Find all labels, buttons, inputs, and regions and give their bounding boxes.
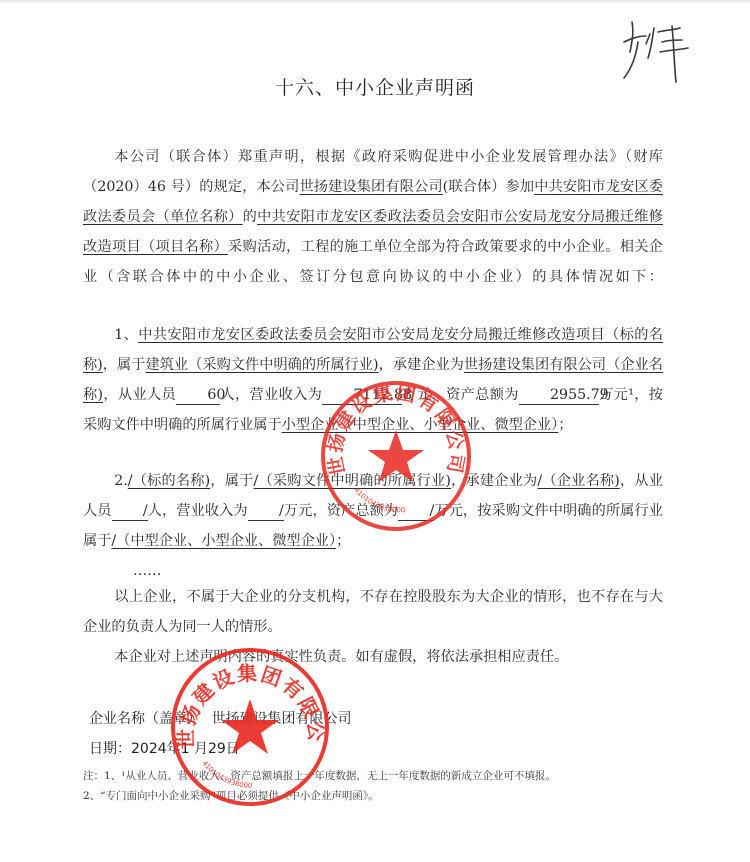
item-1-label: 人，营业收入为 bbox=[220, 387, 322, 403]
item-1-label: ，从业人员 bbox=[103, 387, 176, 403]
item-1-industry: 建筑业（采购文件中明确的所属行业) bbox=[145, 357, 378, 373]
footnote-1: 注：1、¹从业人员、营业收入、资产总额填报上一年度数据，无上一年度数据的新成立企… bbox=[83, 766, 556, 786]
company-name: 世扬建设集团有限公司 bbox=[211, 711, 351, 727]
item-2-label: ，属于 bbox=[210, 473, 253, 489]
declaration-body: 本公司（联合体）郑重声明，根据《政府采购促进中小企业发展管理办法》（财库（202… bbox=[83, 142, 663, 292]
item-1-label: 万元，资产总额为 bbox=[402, 387, 519, 403]
item-1-paragraph: 1、中共安阳市龙安区委政法委员会安阳市公安局龙安分局搬迁维修改造项目（标的名称)… bbox=[83, 320, 663, 440]
item-2: 2./（标的名称)，属于/（采购文件中明确的所属行业)，承建企业为/（企业名称)… bbox=[83, 466, 663, 586]
item-2-industry: /（采购文件中明确的所属行业) bbox=[254, 473, 451, 489]
item-1: 1、中共安阳市龙安区委政法委员会安阳市公安局龙安分局搬迁维修改造项目（标的名称)… bbox=[83, 320, 663, 440]
item-1-revenue: 7112.88 bbox=[322, 386, 402, 405]
item-2-end: ； bbox=[336, 533, 350, 549]
company-label: 企业名称（盖章） bbox=[89, 711, 201, 727]
item-1-size: 小型企业（中型企业、小型企业、微型企业） bbox=[282, 417, 559, 433]
item-2-revenue: / bbox=[248, 502, 284, 521]
item-2-contractor: /（企业名称) bbox=[537, 473, 619, 489]
intro-text-c: (联合体）参加 bbox=[443, 179, 535, 195]
purchaser-suffix: （单位名称） bbox=[156, 209, 243, 225]
intro-paragraph: 本公司（联合体）郑重声明，根据《政府采购促进中小企业发展管理办法》（财库（202… bbox=[83, 142, 663, 292]
item-2-bid-name: /（标的名称) bbox=[128, 473, 210, 489]
item-2-assets: / bbox=[398, 502, 434, 521]
item-1-end: ； bbox=[558, 417, 572, 433]
date-value: 2024年1 月29日 bbox=[131, 741, 240, 757]
statements: 以上企业，不属于大企业的分支机构，不存在控股股东为大企业的情形，也不存在与大企业… bbox=[83, 582, 663, 672]
item-1-staff: 60 bbox=[176, 386, 220, 405]
date-line: 日期：2024年1 月29日 bbox=[89, 738, 240, 758]
date-label: 日期： bbox=[89, 741, 131, 757]
item-2-paragraph: 2./（标的名称)，属于/（采购文件中明确的所属行业)，承建企业为/（企业名称)… bbox=[83, 466, 663, 556]
item-2-label: 万元，资产总额为 bbox=[284, 503, 398, 519]
item-2-number: 2. bbox=[114, 473, 128, 489]
item-1-label: ，属于 bbox=[103, 357, 146, 373]
viewer-top-edge bbox=[0, 0, 750, 4]
company-name-field: 世扬建设集团有限公司 bbox=[299, 179, 442, 195]
intro-text-d: 的 bbox=[243, 209, 258, 225]
item-1-assets: 2955.79 bbox=[519, 386, 599, 405]
item-2-staff: / bbox=[112, 502, 148, 521]
intro-text-a: 本公司（联合体）郑重声明，根据《政府采购促进中小企业发展管理办法》（财 bbox=[114, 149, 649, 165]
document-title: 十六、中小企业声明函 bbox=[0, 73, 750, 100]
footnotes: 注：1、¹从业人员、营业收入、资产总额填报上一年度数据，无上一年度数据的新成立企… bbox=[83, 766, 556, 806]
item-1-number: 1、 bbox=[114, 327, 138, 343]
item-2-label: 人，营业收入为 bbox=[148, 503, 248, 519]
statement-responsibility: 本企业对上述声明内容的真实性负责。如有虚假，将依法承担相应责任。 bbox=[83, 642, 663, 672]
footnote-2: 2、“专门面向中小企业采购”项目必须提供《中小企业声明函》。 bbox=[83, 786, 556, 806]
item-2-size: /（中型企业、小型企业、微型企业） bbox=[111, 533, 336, 549]
item-1-label: ，承建企业为 bbox=[379, 357, 464, 373]
statement-independence: 以上企业，不属于大企业的分支机构，不存在控股股东为大企业的情形，也不存在与大企业… bbox=[83, 582, 663, 642]
item-2-label: ，承建企业为 bbox=[451, 473, 537, 489]
company-signature-line: 企业名称（盖章） 世扬建设集团有限公司 bbox=[89, 708, 351, 728]
